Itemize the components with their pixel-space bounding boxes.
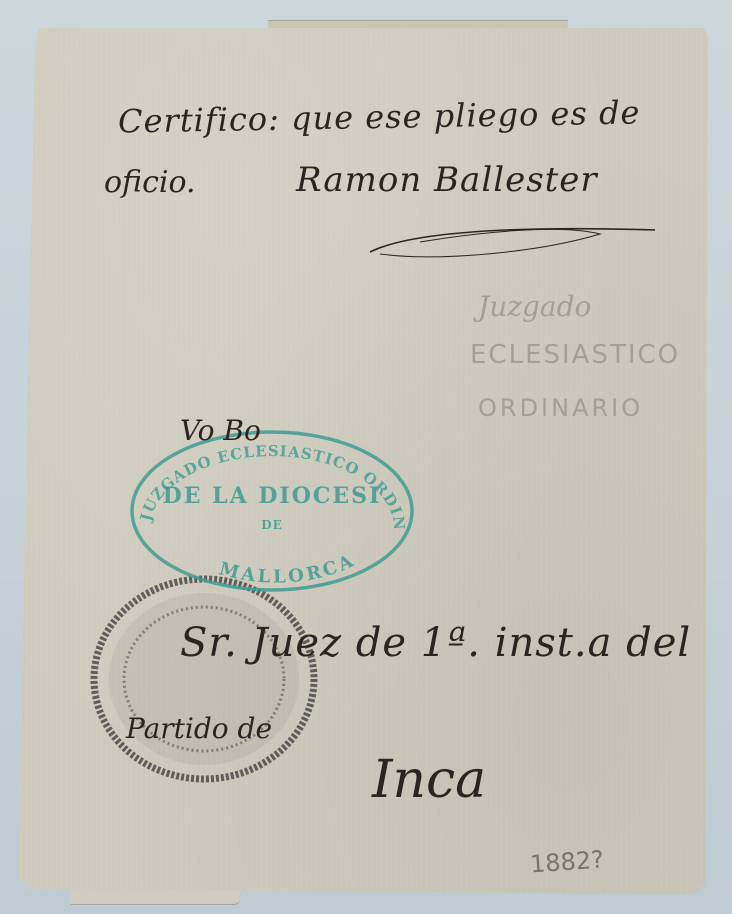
oval-ecclesiastical-stamp: JUZGADO ECLESIASTICO ORDINARIO MALLORCA … xyxy=(128,428,416,594)
oval-stamp-center-line2: DE xyxy=(128,518,416,532)
pencil-annotation-eclesiastico: ECLESIASTICO xyxy=(470,340,680,370)
signature-flourish xyxy=(360,222,660,262)
oval-stamp-ring: JUZGADO ECLESIASTICO ORDINARIO MALLORCA … xyxy=(128,428,416,594)
round-postal-stamp xyxy=(88,572,320,786)
oval-stamp-ring-text: JUZGADO ECLESIASTICO ORDINARIO xyxy=(128,428,408,532)
address-line-3: Inca xyxy=(372,750,486,810)
address-line-2: Partido de xyxy=(126,712,272,745)
address-line-1: Sr. Juez de 1ª. inst.a del xyxy=(180,620,691,666)
pencil-annotation-juzgado: Juzgado xyxy=(478,290,591,323)
certification-line-2: oficio. xyxy=(104,165,196,200)
visto-bueno-mark: Vo Bo xyxy=(180,414,261,447)
pencil-annotation-ordinario: ORDINARIO xyxy=(478,394,643,422)
oval-stamp-center-line1: DE LA DIOCESI xyxy=(128,483,416,509)
signature: Ramon Ballester xyxy=(296,160,598,200)
svg-text:JUZGADO ECLESIASTICO ORDINARIO: JUZGADO ECLESIASTICO ORDINARIO xyxy=(128,428,408,532)
pencil-annotation-year: 1882? xyxy=(529,845,605,878)
